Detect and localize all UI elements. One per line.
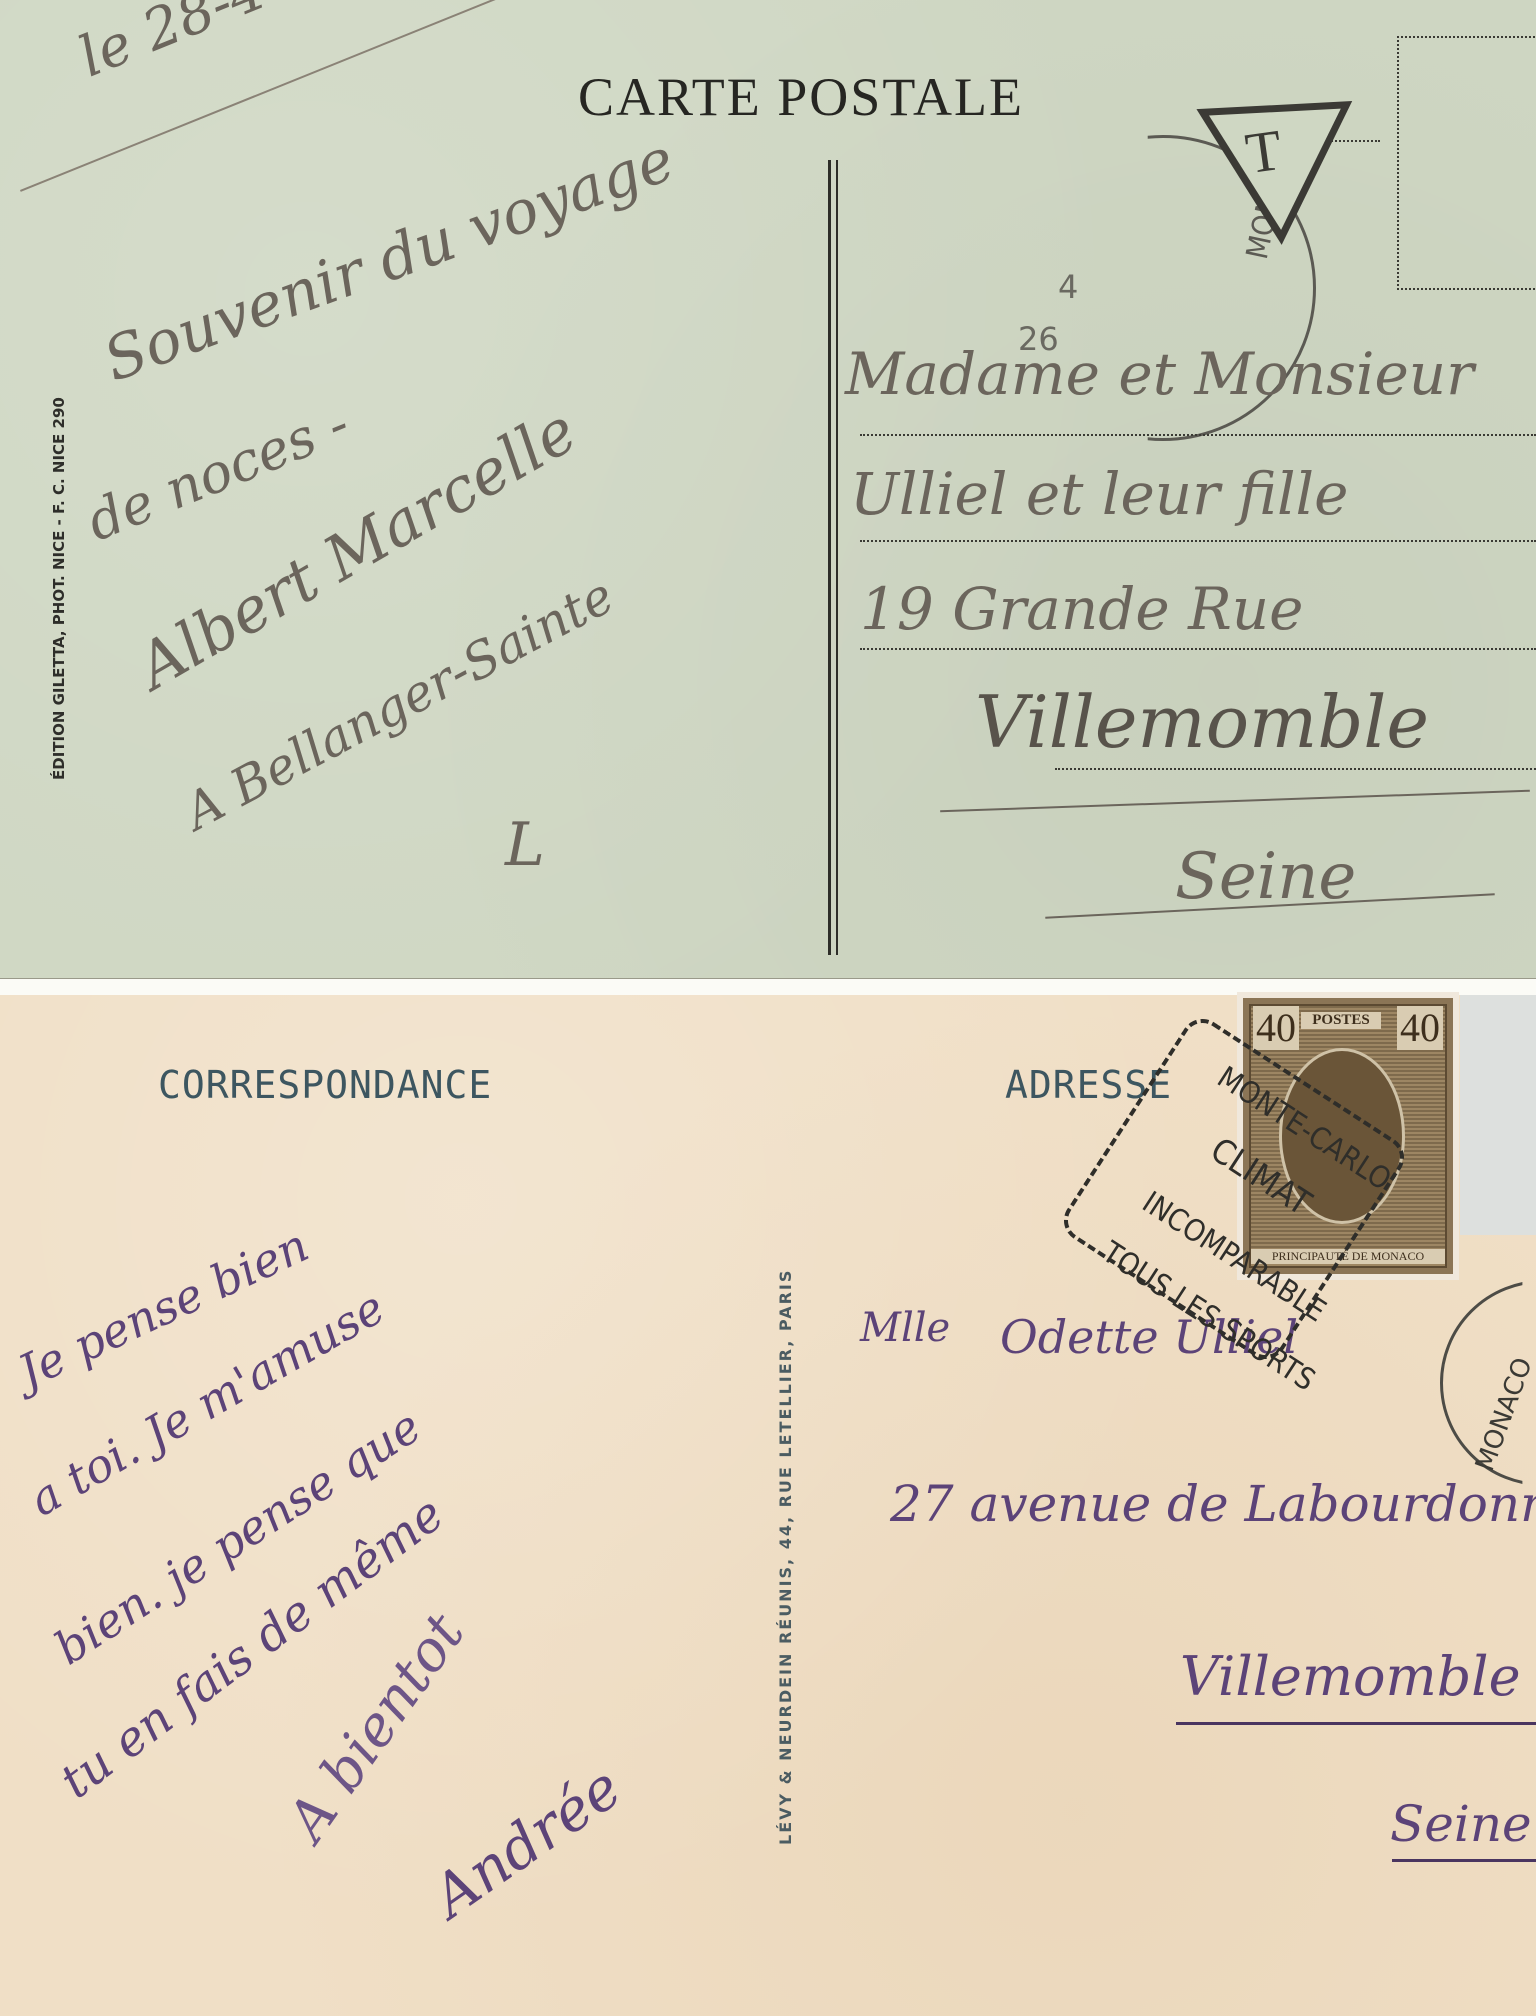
correspondence-heading: CORRESPONDANCE: [158, 1063, 492, 1107]
address-line: Villemomble: [1180, 1645, 1521, 1708]
address-rule: [860, 648, 1536, 650]
postmark-day: 4: [1058, 268, 1078, 306]
message-line: L: [505, 810, 545, 880]
address-line: Villemomble: [975, 680, 1429, 764]
address-line: Ulliel et leur fille: [850, 460, 1348, 528]
stamp-postes-label: POSTES: [1301, 1012, 1381, 1029]
publisher-imprint: ÉDITION GILETTA, PHOT. NICE - F. C. NICE…: [50, 397, 68, 780]
handwritten-date: le 28-4-: [70, 0, 292, 90]
address-underline: [940, 790, 1530, 813]
address-rule: [1055, 768, 1536, 770]
center-divider: [828, 160, 831, 955]
address-underline: [1392, 1859, 1536, 1862]
address-rule: [860, 434, 1536, 436]
postcard-front-green: le 28-4- CARTE POSTALE ÉDITION GILETTA, …: [0, 0, 1536, 978]
address-rule: [860, 540, 1536, 542]
address-line: Mlle: [860, 1305, 950, 1351]
publisher-imprint: LÉVY & NEURDEIN RÉUNIS, 44, RUE LETELLIE…: [776, 1269, 795, 1845]
stamp-value-left: 40: [1253, 1006, 1299, 1050]
stamp-value-right: 40: [1397, 1006, 1443, 1050]
message-line: Souvenir du voyage: [95, 125, 683, 396]
adjacent-stamp-margin: [1460, 995, 1536, 1235]
signature: Andrée: [420, 1753, 633, 1931]
stamp-placeholder-box: [1397, 36, 1536, 290]
address-underline: [1176, 1722, 1536, 1725]
card-header: CARTE POSTALE: [578, 66, 1024, 128]
center-divider-2: [836, 160, 838, 955]
address-line: 27 avenue de Labourdonnais: [890, 1475, 1536, 1533]
address-line: 19 Grande Rue: [860, 575, 1303, 643]
address-line: Seine: [1390, 1795, 1532, 1853]
address-line: Madame et Monsieur: [845, 340, 1474, 408]
